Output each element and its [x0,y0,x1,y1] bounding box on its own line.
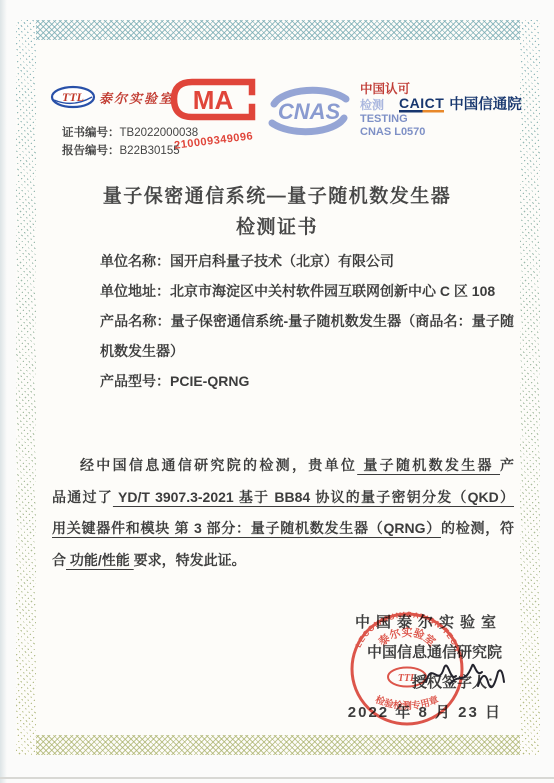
signer-row: 授权签字人： [348,668,502,698]
field-label: 产品名称： [100,313,171,329]
certificate-number-value: TB2022000038 [120,127,199,139]
svg-text:MA: MA [193,85,234,115]
underlined-text: YD/T 3907.3-2021 基于 BB84 协议的量子密钥分发（QKD） [113,489,514,505]
caict-abbr: CAICT [399,95,444,113]
field-row: 产品型号：PCIE-QRNG [100,366,514,396]
plain-text: 品通过了 [52,489,113,505]
title-line-2: 检测证书 [0,212,554,243]
field-label: 单位名称： [100,253,170,269]
report-number-label: 报告编号： [62,145,120,157]
caict-name: 中国信通院 [449,93,522,114]
issue-date: 2022 年 8 月 23 日 [348,698,502,728]
guilloche-border-top [16,20,540,40]
field-value: 北京市海淀区中关村软件园互联网创新中心 C 区 108 [170,283,495,299]
paragraph-line: 品通过了 YD/T 3907.3-2021 基于 BB84 协议的量子密钥分发（… [52,482,514,514]
certificate-meta: 证书编号：TB2022000038 报告编号：B22B30155 [62,125,198,161]
report-number-value: B22B30155 [120,145,180,157]
field-value: PCIE-QRNG [170,373,249,389]
guilloche-border-left [16,20,36,755]
plain-text: 的检测，符 [441,520,514,536]
guilloche-border-bottom [16,735,540,755]
cnas-testing-label: TESTING [360,113,425,127]
caict-logo: CAICT 中国信通院 [399,93,522,114]
scan-edge-shadow [0,0,7,783]
underlined-text: 用关键器件和模块 第 3 部分：量子随机数发生器（QRNG） [52,520,441,536]
certificate-body-paragraph: 经中国信息通信研究院的检测，贵单位 量子随机数发生器 产品通过了 YD/T 39… [52,450,514,576]
plain-text: 要求，特发此证。 [134,552,246,568]
field-label: 产品型号： [100,373,170,389]
ttl-oval-icon: TTL [50,84,96,110]
plain-text: 合 [52,552,66,568]
signer-label: 授权签字人： [412,674,502,691]
paragraph-line: 合 功能/性能 要求，特发此证。 [52,545,514,577]
plain-text: 产 [500,457,514,473]
certificate-fields: 单位名称：国开启科量子技术（北京）有限公司单位地址：北京市海淀区中关村软件园互联… [100,246,514,396]
guilloche-border-right [520,20,540,755]
certificate-footer: 中国泰尔实验室 中国信息通信研究院 授权签字人： 2022 年 8 月 23 日 [348,608,502,728]
scan-bottom-shadow [0,777,554,779]
field-row: 产品名称：量子保密通信系统-量子随机数发生器（商品名：量子随机数发生器） [100,306,514,366]
certificate-number-row: 证书编号：TB2022000038 [62,125,198,143]
field-value: 国开启科量子技术（北京）有限公司 [170,253,394,269]
paragraph-line: 经中国信息通信研究院的检测，贵单位 量子随机数发生器 产 [52,450,514,482]
plain-text: 经中国信息通信研究院的检测，贵单位 [80,457,357,473]
underlined-text: 功能/性能 [66,552,134,568]
svg-text:CNAS: CNAS [278,99,341,124]
paragraph-line: 用关键器件和模块 第 3 部分：量子随机数发生器（QRNG）的检测，符 [52,513,514,545]
ttl-lab-logo: TTL 泰尔实验室 [50,84,174,110]
cnas-icon: CNAS [266,82,352,140]
cma-icon: MA [164,74,264,126]
certificate-number-label: 证书编号： [62,127,120,139]
certificate-title: 量子保密通信系统—量子随机数发生器 检测证书 [0,181,554,243]
svg-text:TTL: TTL [62,90,84,104]
issuing-lab-name: 中国泰尔实验室 [348,608,502,638]
field-label: 单位地址： [100,283,170,299]
underlined-text: 量子随机数发生器 [357,457,500,473]
issuing-institute-name: 中国信息通信研究院 [348,638,502,668]
title-line-1: 量子保密通信系统—量子随机数发生器 [0,181,554,212]
field-row: 单位名称：国开启科量子技术（北京）有限公司 [100,246,514,276]
cnas-code-label: CNAS L0570 [360,126,425,140]
field-row: 单位地址：北京市海淀区中关村软件园互联网创新中心 C 区 108 [100,276,514,306]
report-number-row: 报告编号：B22B30155 [62,143,198,161]
